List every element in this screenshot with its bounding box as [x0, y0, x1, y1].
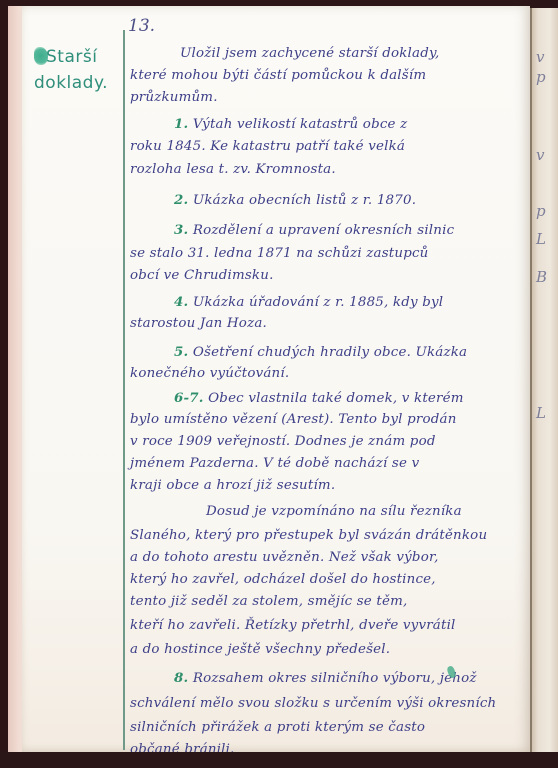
facing-page-fragment: v [536, 146, 544, 164]
text-line: 5. Ošetření chudých hradily obce. Ukázka [130, 342, 467, 362]
line-text: které mohou býti částí pomůckou k dalším [130, 68, 426, 83]
line-text: Dosud je vzpomínáno na sílu řezníka [206, 504, 462, 519]
text-line: jménem Pazderna. V té době nachází se v [130, 454, 419, 474]
text-line: kteří ho zavřeli. Řetízky přetrhl, dveře… [130, 616, 456, 636]
text-line: kraji obce a hrozí již sesutím. [130, 476, 335, 496]
text-line: 4. Ukázka úřadování z r. 1885, kdy byl [130, 292, 443, 312]
facing-page-fragment: L [536, 404, 546, 422]
text-line: tento již seděl za stolem, smějíc se těm… [130, 592, 407, 612]
line-text: který ho zavřel, odcházel došel do hosti… [130, 572, 436, 587]
line-text: kteří ho zavřeli. Řetízky přetrhl, dveře… [130, 618, 456, 633]
line-text: jménem Pazderna. V té době nachází se v [130, 456, 419, 471]
facing-page-fragment: v [536, 48, 544, 66]
text-line: v roce 1909 veřejností. Dodnes je znám p… [130, 432, 436, 452]
text-line: Slaného, který pro přestupek byl svázán … [130, 526, 487, 546]
text-line: konečného vyúčtování. [130, 364, 289, 384]
line-text: se stalo 31. ledna 1871 na schůzi zastup… [130, 246, 429, 261]
line-text: Ukázka obecních listů z r. 1870. [188, 193, 416, 208]
text-line: Uložil jsem zachycené starší doklady, [130, 44, 439, 64]
line-text: silničních přirážek a proti kterým se ča… [130, 720, 425, 735]
text-line: a do hostince ještě všechny předešel. [130, 640, 390, 660]
line-text: průzkumům. [130, 90, 218, 105]
line-text: starostou Jan Hoza. [130, 316, 267, 331]
margin-heading: Starší doklady. [34, 44, 122, 96]
text-line: které mohou býti částí pomůckou k dalším [130, 66, 426, 86]
text-line: roku 1845. Ke katastru patří také velká [130, 137, 405, 157]
facing-page-gutter [530, 8, 558, 756]
text-line: 2. Ukázka obecních listů z r. 1870. [130, 190, 416, 210]
facing-page-fragment: B [536, 268, 547, 286]
text-line: který ho zavřel, odcházel došel do hosti… [130, 570, 436, 590]
line-text: konečného vyúčtování. [130, 366, 289, 381]
text-line: 3. Rozdělení a upravení okresních silnic [130, 220, 454, 240]
text-line: se stalo 31. ledna 1871 na schůzi zastup… [130, 244, 429, 264]
item-number: 3. [174, 222, 188, 238]
line-text: Rozdělení a upravení okresních silnic [188, 223, 454, 238]
line-text: tento již seděl za stolem, smějíc se těm… [130, 594, 407, 609]
facing-page-fragment: L [536, 230, 546, 248]
line-text: Výtah velikostí katastrů obce z [188, 117, 407, 132]
line-text: Ošetření chudých hradily obce. Ukázka [188, 345, 467, 360]
text-line: obcí ve Chrudimsku. [130, 266, 274, 286]
line-text: obcí ve Chrudimsku. [130, 268, 274, 283]
item-number: 8. [174, 670, 188, 686]
text-line: 6-7. Obec vlastnila také domek, v kterém [130, 388, 464, 408]
binding-fold [530, 8, 532, 756]
text-line: průzkumům. [130, 88, 218, 108]
text-line: 8. Rozsahem okres silničního výboru, jeh… [130, 668, 477, 688]
line-text: Ukázka úřadování z r. 1885, kdy byl [188, 295, 443, 310]
facing-page-fragment: p [536, 68, 546, 86]
line-text: Uložil jsem zachycené starší doklady, [180, 46, 439, 61]
line-text: bylo umístěno vězení (Arest). Tento byl … [130, 412, 457, 427]
text-line: starostou Jan Hoza. [130, 314, 267, 334]
book-spread: vpvpLBL Starší doklady. 13. Uložil jsem … [0, 0, 558, 768]
line-text: Rozsahem okres silničního výboru, jehož [188, 671, 476, 686]
margin-heading-line2: doklady. [34, 70, 122, 96]
text-line: 1. Výtah velikostí katastrů obce z [130, 114, 407, 134]
item-number: 1. [174, 116, 188, 132]
entry-number: 13. [128, 16, 155, 36]
margin-rule [123, 30, 125, 750]
text-line: a do tohoto arestu uvězněn. Než však výb… [130, 548, 439, 568]
line-text: a do hostince ještě všechny předešel. [130, 642, 390, 657]
item-number: 5. [174, 344, 188, 360]
text-line: silničních přirážek a proti kterým se ča… [130, 718, 425, 738]
line-text: roku 1845. Ke katastru patří také velká [130, 139, 405, 154]
item-number: 4. [174, 294, 188, 310]
text-line: schválení mělo svou složku s určením výš… [130, 694, 496, 714]
book-cover-bottom [0, 752, 558, 768]
facing-page-fragment: p [536, 202, 546, 220]
line-text: v roce 1909 veřejností. Dodnes je znám p… [130, 434, 436, 449]
text-line: Dosud je vzpomínáno na sílu řezníka [130, 502, 462, 522]
line-text: kraji obce a hrozí již sesutím. [130, 478, 335, 493]
item-number: 6-7. [174, 390, 204, 406]
item-number: 2. [174, 192, 188, 208]
line-text: Obec vlastnila také domek, v kterém [204, 391, 464, 406]
margin-heading-line1: Starší [46, 47, 97, 67]
line-text: a do tohoto arestu uvězněn. Než však výb… [130, 550, 439, 565]
line-text: rozloha lesa t. zv. Kromnosta. [130, 162, 336, 177]
line-text: schválení mělo svou složku s určením výš… [130, 696, 496, 711]
text-line: rozloha lesa t. zv. Kromnosta. [130, 160, 336, 180]
line-text: Slaného, který pro přestupek byl svázán … [130, 528, 487, 543]
text-line: bylo umístěno vězení (Arest). Tento byl … [130, 410, 457, 430]
